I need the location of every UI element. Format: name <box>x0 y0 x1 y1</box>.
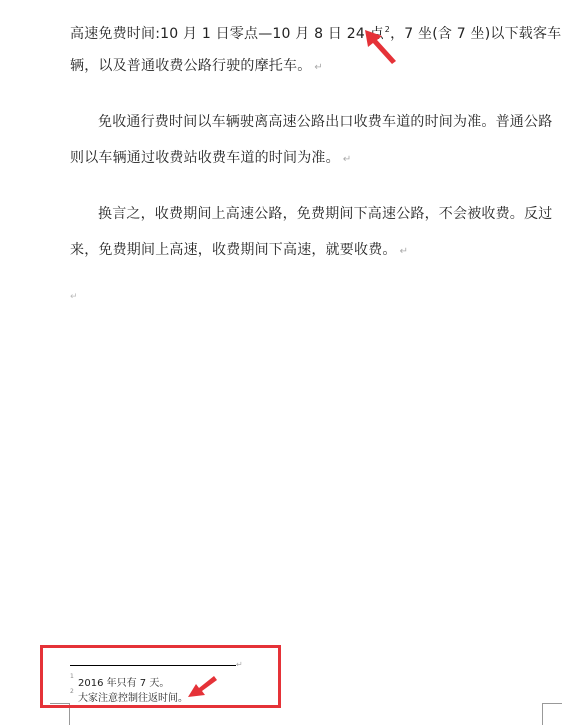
empty-paragraph-mark-icon: ↵ <box>70 292 78 302</box>
annotation-highlight-box <box>40 645 281 708</box>
crop-mark-bottom-right <box>542 703 543 725</box>
text-run: 来，免费期间上高速，收费期间下高速，就要收费。 <box>70 242 397 258</box>
text-run: 高速免费时间:10 月 1 日零点—10 月 8 日 24 点 <box>70 26 384 42</box>
text-run: 免收通行费时间以车辆驶离高速公路出口收费车道的时间为准。普通公路 <box>98 114 552 130</box>
paragraph-mark-icon: ↵ <box>343 154 352 165</box>
text-run: ，7 坐(含 7 坐)以下载客车 <box>390 26 561 42</box>
paragraph-2-line-1: 免收通行费时间以车辆驶离高速公路出口收费车道的时间为准。普通公路 <box>98 112 552 132</box>
text-run: 则以车辆通过收费站收费车道的时间为准。 <box>70 150 340 166</box>
paragraph-mark-icon: ↵ <box>400 246 409 257</box>
annotation-arrows <box>0 0 562 725</box>
paragraph-mark-icon: ↵ <box>314 62 323 73</box>
text-run: 换言之，收费期间上高速公路，免费期间下高速公路，不会被收费。反过 <box>98 206 552 222</box>
paragraph-1-line-2: 辆，以及普通收费公路行驶的摩托车。↵ <box>70 56 323 78</box>
document-page: 高速免费时间:10 月 1 日零点—10 月 8 日 24 点2，7 坐(含 7… <box>0 0 562 725</box>
paragraph-1-line-1: 高速免费时间:10 月 1 日零点—10 月 8 日 24 点2，7 坐(含 7… <box>70 20 561 44</box>
crop-mark-bottom-right <box>542 703 562 704</box>
paragraph-3-line-1: 换言之，收费期间上高速公路，免费期间下高速公路，不会被收费。反过 <box>98 204 552 224</box>
paragraph-2-line-2: 则以车辆通过收费站收费车道的时间为准。↵ <box>70 148 351 170</box>
text-run: 辆，以及普通收费公路行驶的摩托车。 <box>70 58 311 74</box>
paragraph-3-line-2: 来，免费期间上高速，收费期间下高速，就要收费。↵ <box>70 240 408 262</box>
